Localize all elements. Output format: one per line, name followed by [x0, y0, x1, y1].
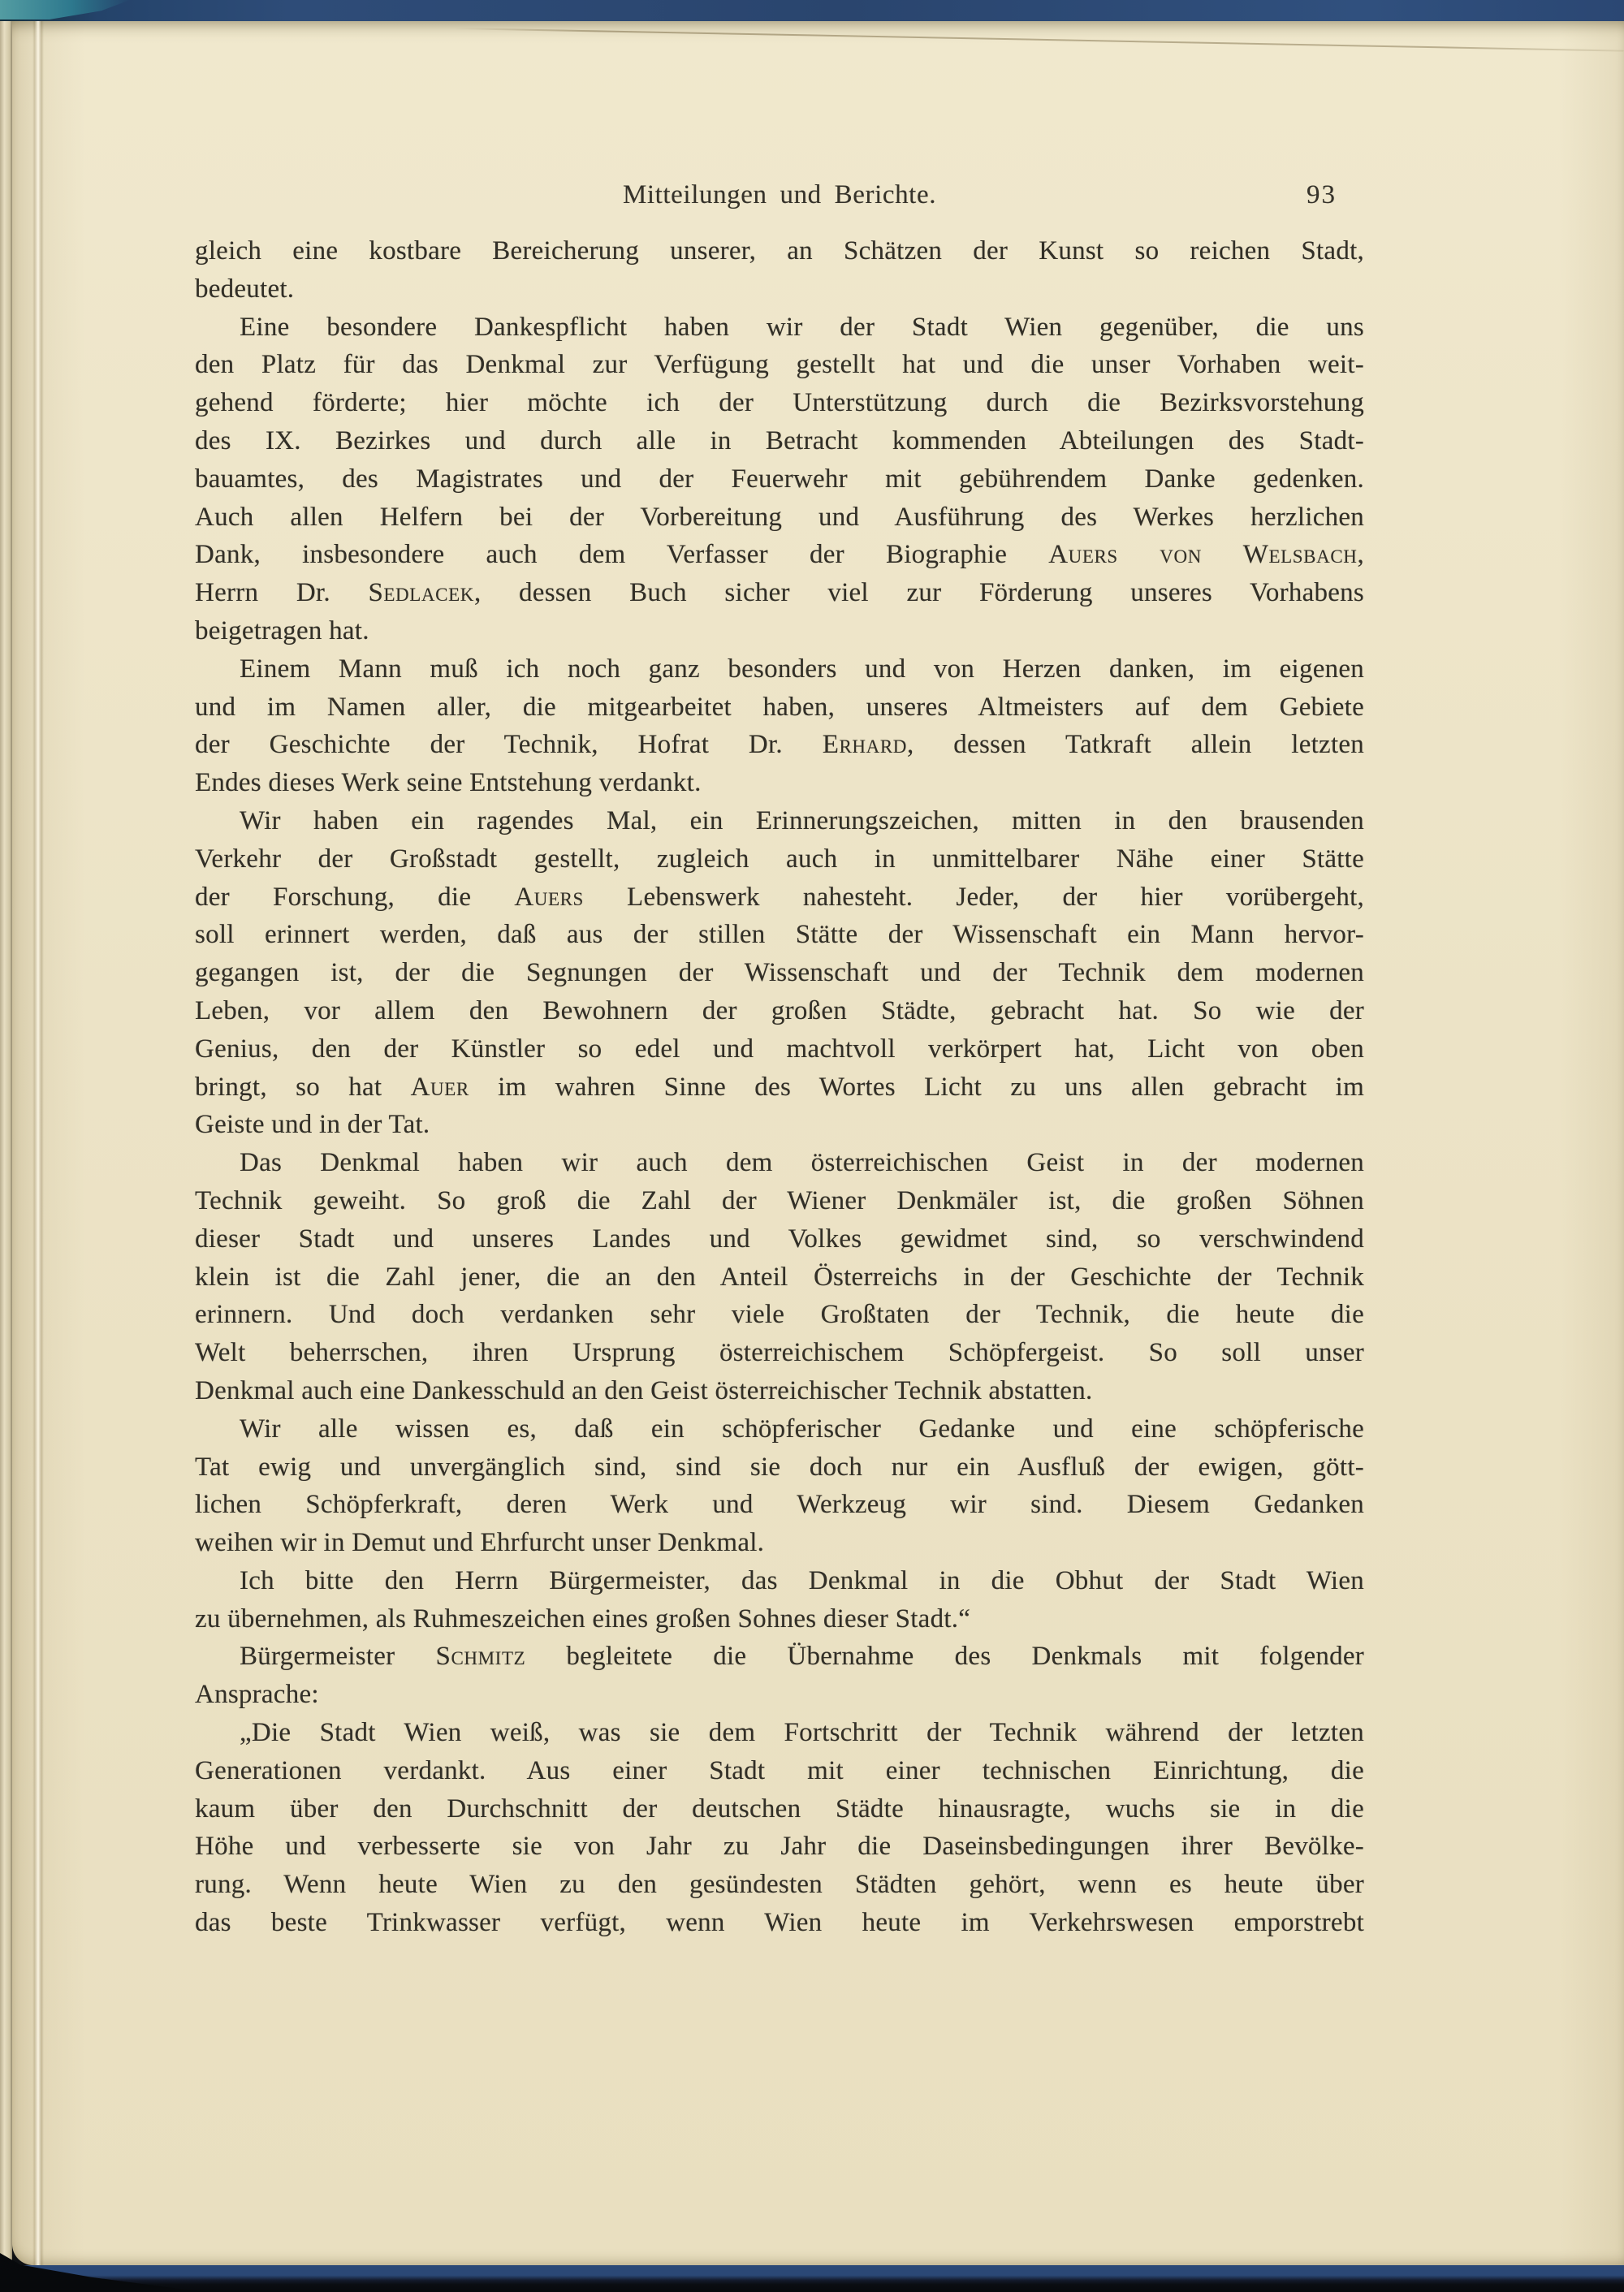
text-line: Endes dieses Werk seine Entstehung verda… — [195, 764, 1364, 802]
text-line: „Die Stadt Wien weiß, was sie dem Fortsc… — [195, 1714, 1364, 1752]
text-line: der Forschung, die Auers Lebenswerk nahe… — [195, 878, 1364, 917]
text-line: Genius, den der Künstler so edel und mac… — [195, 1030, 1364, 1068]
book-cover-bottom-edge — [0, 2265, 1624, 2292]
text-line: Höhe und verbesserte sie von Jahr zu Jah… — [195, 1828, 1364, 1866]
text-line: Eine besondere Dankespflicht haben wir d… — [195, 309, 1364, 347]
text-line: Wir haben ein ragendes Mal, ein Erinneru… — [195, 802, 1364, 840]
smallcaps-name: Auer — [411, 1073, 469, 1102]
text-line: Denkmal auch eine Dankesschuld an den Ge… — [195, 1372, 1364, 1410]
page-fore-edges — [0, 21, 12, 2277]
text-line: gehend förderte; hier möchte ich der Unt… — [195, 384, 1364, 422]
text-line: Dank, insbesondere auch dem Verfasser de… — [195, 536, 1364, 574]
smallcaps-name: Sedlacek — [368, 578, 473, 607]
smallcaps-name: Schmitz — [436, 1642, 526, 1671]
text-line: Bürgermeister Schmitz begleitete die Übe… — [195, 1638, 1364, 1676]
text-line: beigetragen hat. — [195, 612, 1364, 650]
text-line: Geiste und in der Tat. — [195, 1106, 1364, 1144]
book-scan: Mitteilungen und Berichte. 93 gleich ein… — [0, 0, 1624, 2292]
text-line: Verkehr der Großstadt gestellt, zugleich… — [195, 840, 1364, 878]
text-line: erinnern. Und doch verdanken sehr viele … — [195, 1296, 1364, 1334]
text-line: klein ist die Zahl jener, die an den Ant… — [195, 1258, 1364, 1297]
text-line: kaum über den Durchschnitt der deutschen… — [195, 1790, 1364, 1828]
text-line: bringt, so hat Auer im wahren Sinne des … — [195, 1068, 1364, 1107]
text-line: der Geschichte der Technik, Hofrat Dr. E… — [195, 726, 1364, 764]
text-line: Wir alle wissen es, daß ein schöpferisch… — [195, 1410, 1364, 1448]
page-gutter-crease — [32, 21, 44, 2265]
book-cover-top-edge — [0, 0, 1624, 24]
text-line: weihen wir in Demut und Ehrfurcht unser … — [195, 1524, 1364, 1562]
text-line: Generationen verdankt. Aus einer Stadt m… — [195, 1752, 1364, 1790]
text-line: gegangen ist, der die Segnungen der Wiss… — [195, 954, 1364, 992]
page-number: 93 — [1307, 180, 1337, 210]
text-line: bauamtes, des Magistrates und der Feuerw… — [195, 460, 1364, 499]
text-line: bedeutet. — [195, 270, 1364, 309]
text-line: gleich eine kostbare Bereicherung unsere… — [195, 232, 1364, 270]
text-line: Herrn Dr. Sedlacek, dessen Buch sicher v… — [195, 574, 1364, 612]
text-line: Ansprache: — [195, 1676, 1364, 1714]
text-line: Auch allen Helfern bei der Vorbereitung … — [195, 499, 1364, 537]
text-line: rung. Wenn heute Wien zu den gesündesten… — [195, 1866, 1364, 1904]
text-line: des IX. Bezirkes und durch alle in Betra… — [195, 422, 1364, 460]
running-head: Mitteilungen und Berichte. 93 — [195, 180, 1364, 218]
smallcaps-name: Auers von Welsbach — [1048, 540, 1357, 569]
running-head-title: Mitteilungen und Berichte. — [195, 180, 1364, 210]
text-line: Tat ewig und unvergänglich sind, sind si… — [195, 1448, 1364, 1487]
text-line: dieser Stadt und unseres Landes und Volk… — [195, 1220, 1364, 1258]
smallcaps-name: Erhard — [823, 730, 907, 759]
text-line: Einem Mann muß ich noch ganz besonders u… — [195, 650, 1364, 688]
text-line: und im Namen aller, die mitgearbeitet ha… — [195, 688, 1364, 727]
text-line: zu übernehmen, als Ruhmeszeichen eines g… — [195, 1600, 1364, 1638]
text-line: lichen Schöpferkraft, deren Werk und Wer… — [195, 1486, 1364, 1524]
smallcaps-name: Auers — [514, 883, 584, 912]
text-line: das beste Trinkwasser verfügt, wenn Wien… — [195, 1904, 1364, 1942]
text-line: soll erinnert werden, daß aus der stille… — [195, 916, 1364, 954]
text-line: Das Denkmal haben wir auch dem österreic… — [195, 1144, 1364, 1182]
text-line: Technik geweiht. So groß die Zahl der Wi… — [195, 1182, 1364, 1220]
text-block: gleich eine kostbare Bereicherung unsere… — [195, 232, 1364, 1942]
text-line: Ich bitte den Herrn Bürgermeister, das D… — [195, 1562, 1364, 1600]
text-line: den Platz für das Denkmal zur Verfügung … — [195, 346, 1364, 384]
text-line: Welt beherrschen, ihren Ursprung österre… — [195, 1334, 1364, 1372]
text-line: Leben, vor allem den Bewohnern der große… — [195, 992, 1364, 1030]
